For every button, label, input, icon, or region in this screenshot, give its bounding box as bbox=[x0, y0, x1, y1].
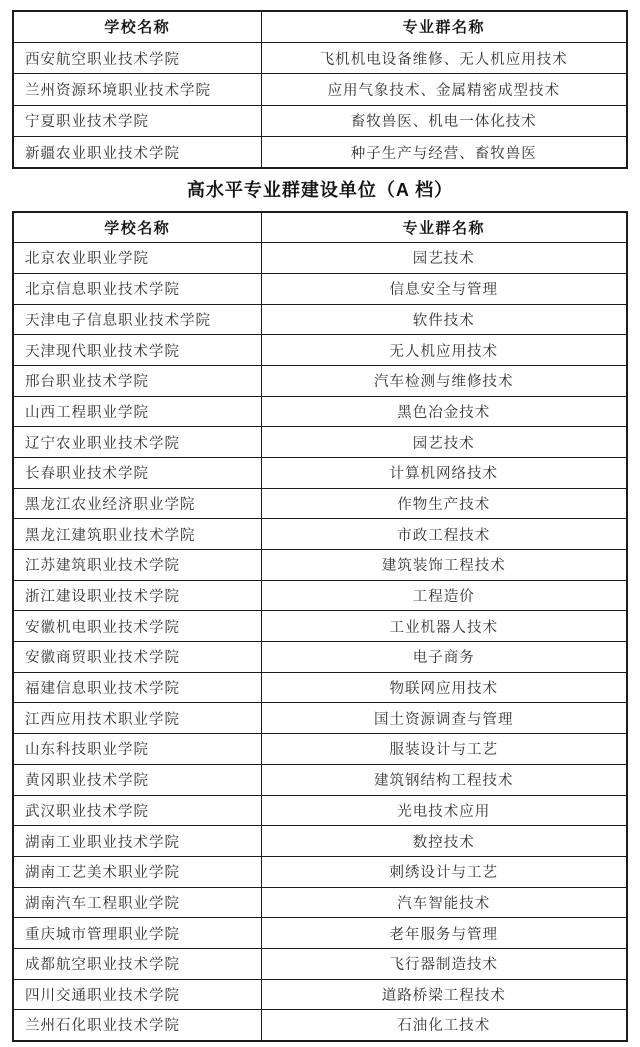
table-row: 湖南工艺美术职业学院刺绣设计与工艺 bbox=[13, 856, 627, 887]
program-group-cell: 建筑钢结构工程技术 bbox=[261, 764, 627, 795]
school-name-cell: 福建信息职业技术学院 bbox=[13, 672, 261, 703]
school-name-cell: 黑龙江建筑职业技术学院 bbox=[13, 519, 261, 550]
school-name-cell: 黑龙江农业经济职业学院 bbox=[13, 488, 261, 519]
program-group-cell: 道路桥梁工程技术 bbox=[261, 979, 627, 1010]
program-group-cell: 汽车智能技术 bbox=[261, 887, 627, 918]
school-name-cell: 天津现代职业技术学院 bbox=[13, 335, 261, 366]
table-row: 北京信息职业技术学院信息安全与管理 bbox=[13, 273, 627, 304]
program-group-cell: 园艺技术 bbox=[261, 243, 627, 274]
table-row: 四川交通职业技术学院道路桥梁工程技术 bbox=[13, 979, 627, 1010]
school-name-cell: 长春职业技术学院 bbox=[13, 457, 261, 488]
table-row: 黑龙江农业经济职业学院作物生产技术 bbox=[13, 488, 627, 519]
table-row: 黄冈职业技术学院建筑钢结构工程技术 bbox=[13, 764, 627, 795]
program-group-cell: 软件技术 bbox=[261, 304, 627, 335]
school-name-cell: 成都航空职业技术学院 bbox=[13, 948, 261, 979]
column-header: 专业群名称 bbox=[261, 212, 627, 243]
program-group-cell: 光电技术应用 bbox=[261, 795, 627, 826]
school-name-cell: 山西工程职业学院 bbox=[13, 396, 261, 427]
header-row: 学校名称专业群名称 bbox=[13, 11, 627, 42]
table-row: 重庆城市管理职业学院老年服务与管理 bbox=[13, 918, 627, 949]
school-name-cell: 兰州石化职业技术学院 bbox=[13, 1010, 261, 1041]
program-group-cell: 园艺技术 bbox=[261, 427, 627, 458]
program-group-cell: 畜牧兽医、机电一体化技术 bbox=[261, 105, 627, 136]
program-group-cell: 计算机网络技术 bbox=[261, 457, 627, 488]
program-group-cell: 工程造价 bbox=[261, 580, 627, 611]
program-group-cell: 数控技术 bbox=[261, 826, 627, 857]
table-row: 湖南工业职业技术学院数控技术 bbox=[13, 826, 627, 857]
table-row: 湖南汽车工程职业学院汽车智能技术 bbox=[13, 887, 627, 918]
table-row: 辽宁农业职业技术学院园艺技术 bbox=[13, 427, 627, 458]
school-name-cell: 辽宁农业职业技术学院 bbox=[13, 427, 261, 458]
column-header: 学校名称 bbox=[13, 212, 261, 243]
school-name-cell: 重庆城市管理职业学院 bbox=[13, 918, 261, 949]
column-header: 学校名称 bbox=[13, 11, 261, 42]
table-row: 浙江建设职业技术学院工程造价 bbox=[13, 580, 627, 611]
school-name-cell: 浙江建设职业技术学院 bbox=[13, 580, 261, 611]
program-group-cell: 应用气象技术、金属精密成型技术 bbox=[261, 74, 627, 105]
continuation-table: 学校名称专业群名称 西安航空职业技术学院飞机机电设备维修、无人机应用技术兰州资源… bbox=[12, 10, 628, 169]
school-name-cell: 湖南工艺美术职业学院 bbox=[13, 856, 261, 887]
grade-a-table-body: 北京农业职业学院园艺技术北京信息职业技术学院信息安全与管理天津电子信息职业技术学… bbox=[13, 243, 627, 1041]
program-group-cell: 信息安全与管理 bbox=[261, 273, 627, 304]
program-group-cell: 飞行器制造技术 bbox=[261, 948, 627, 979]
table-row: 宁夏职业技术学院畜牧兽医、机电一体化技术 bbox=[13, 105, 627, 136]
school-name-cell: 武汉职业技术学院 bbox=[13, 795, 261, 826]
school-name-cell: 北京农业职业学院 bbox=[13, 243, 261, 274]
table-row: 山东科技职业学院服装设计与工艺 bbox=[13, 734, 627, 765]
program-group-cell: 工业机器人技术 bbox=[261, 611, 627, 642]
school-name-cell: 安徽机电职业技术学院 bbox=[13, 611, 261, 642]
table-row: 福建信息职业技术学院物联网应用技术 bbox=[13, 672, 627, 703]
table-row: 兰州资源环境职业技术学院应用气象技术、金属精密成型技术 bbox=[13, 74, 627, 105]
program-group-cell: 市政工程技术 bbox=[261, 519, 627, 550]
school-name-cell: 山东科技职业学院 bbox=[13, 734, 261, 765]
table-row: 长春职业技术学院计算机网络技术 bbox=[13, 457, 627, 488]
program-group-cell: 种子生产与经营、畜牧兽医 bbox=[261, 137, 627, 168]
program-group-cell: 汽车检测与维修技术 bbox=[261, 365, 627, 396]
table-row: 黑龙江建筑职业技术学院市政工程技术 bbox=[13, 519, 627, 550]
school-name-cell: 天津电子信息职业技术学院 bbox=[13, 304, 261, 335]
continuation-table-header: 学校名称专业群名称 bbox=[13, 11, 627, 42]
school-name-cell: 江苏建筑职业技术学院 bbox=[13, 550, 261, 581]
school-name-cell: 宁夏职业技术学院 bbox=[13, 105, 261, 136]
program-group-cell: 老年服务与管理 bbox=[261, 918, 627, 949]
program-group-cell: 飞机机电设备维修、无人机应用技术 bbox=[261, 42, 627, 73]
program-group-cell: 石油化工技术 bbox=[261, 1010, 627, 1041]
grade-a-table-header: 学校名称专业群名称 bbox=[13, 212, 627, 243]
document-page: 学校名称专业群名称 西安航空职业技术学院飞机机电设备维修、无人机应用技术兰州资源… bbox=[0, 0, 640, 1042]
school-name-cell: 北京信息职业技术学院 bbox=[13, 273, 261, 304]
school-name-cell: 黄冈职业技术学院 bbox=[13, 764, 261, 795]
school-name-cell: 西安航空职业技术学院 bbox=[13, 42, 261, 73]
program-group-cell: 建筑装饰工程技术 bbox=[261, 550, 627, 581]
program-group-cell: 无人机应用技术 bbox=[261, 335, 627, 366]
table-row: 西安航空职业技术学院飞机机电设备维修、无人机应用技术 bbox=[13, 42, 627, 73]
table-row: 江西应用技术职业学院国土资源调查与管理 bbox=[13, 703, 627, 734]
program-group-cell: 服装设计与工艺 bbox=[261, 734, 627, 765]
table-row: 山西工程职业学院黑色冶金技术 bbox=[13, 396, 627, 427]
school-name-cell: 四川交通职业技术学院 bbox=[13, 979, 261, 1010]
column-header: 专业群名称 bbox=[261, 11, 627, 42]
table-row: 新疆农业职业技术学院种子生产与经营、畜牧兽医 bbox=[13, 137, 627, 168]
school-name-cell: 邢台职业技术学院 bbox=[13, 365, 261, 396]
table-row: 天津电子信息职业技术学院软件技术 bbox=[13, 304, 627, 335]
section-title: 高水平专业群建设单位（A 档） bbox=[12, 169, 628, 211]
school-name-cell: 湖南工业职业技术学院 bbox=[13, 826, 261, 857]
table-row: 安徽机电职业技术学院工业机器人技术 bbox=[13, 611, 627, 642]
table-row: 兰州石化职业技术学院石油化工技术 bbox=[13, 1010, 627, 1041]
table-row: 江苏建筑职业技术学院建筑装饰工程技术 bbox=[13, 550, 627, 581]
table-row: 成都航空职业技术学院飞行器制造技术 bbox=[13, 948, 627, 979]
school-name-cell: 新疆农业职业技术学院 bbox=[13, 137, 261, 168]
header-row: 学校名称专业群名称 bbox=[13, 212, 627, 243]
school-name-cell: 兰州资源环境职业技术学院 bbox=[13, 74, 261, 105]
program-group-cell: 电子商务 bbox=[261, 642, 627, 673]
table-row: 天津现代职业技术学院无人机应用技术 bbox=[13, 335, 627, 366]
program-group-cell: 刺绣设计与工艺 bbox=[261, 856, 627, 887]
table-row: 邢台职业技术学院汽车检测与维修技术 bbox=[13, 365, 627, 396]
program-group-cell: 国土资源调查与管理 bbox=[261, 703, 627, 734]
school-name-cell: 湖南汽车工程职业学院 bbox=[13, 887, 261, 918]
school-name-cell: 安徽商贸职业技术学院 bbox=[13, 642, 261, 673]
table-row: 武汉职业技术学院光电技术应用 bbox=[13, 795, 627, 826]
table-row: 安徽商贸职业技术学院电子商务 bbox=[13, 642, 627, 673]
program-group-cell: 黑色冶金技术 bbox=[261, 396, 627, 427]
table-row: 北京农业职业学院园艺技术 bbox=[13, 243, 627, 274]
continuation-table-body: 西安航空职业技术学院飞机机电设备维修、无人机应用技术兰州资源环境职业技术学院应用… bbox=[13, 42, 627, 168]
program-group-cell: 物联网应用技术 bbox=[261, 672, 627, 703]
school-name-cell: 江西应用技术职业学院 bbox=[13, 703, 261, 734]
program-group-cell: 作物生产技术 bbox=[261, 488, 627, 519]
grade-a-table: 学校名称专业群名称 北京农业职业学院园艺技术北京信息职业技术学院信息安全与管理天… bbox=[12, 211, 628, 1042]
